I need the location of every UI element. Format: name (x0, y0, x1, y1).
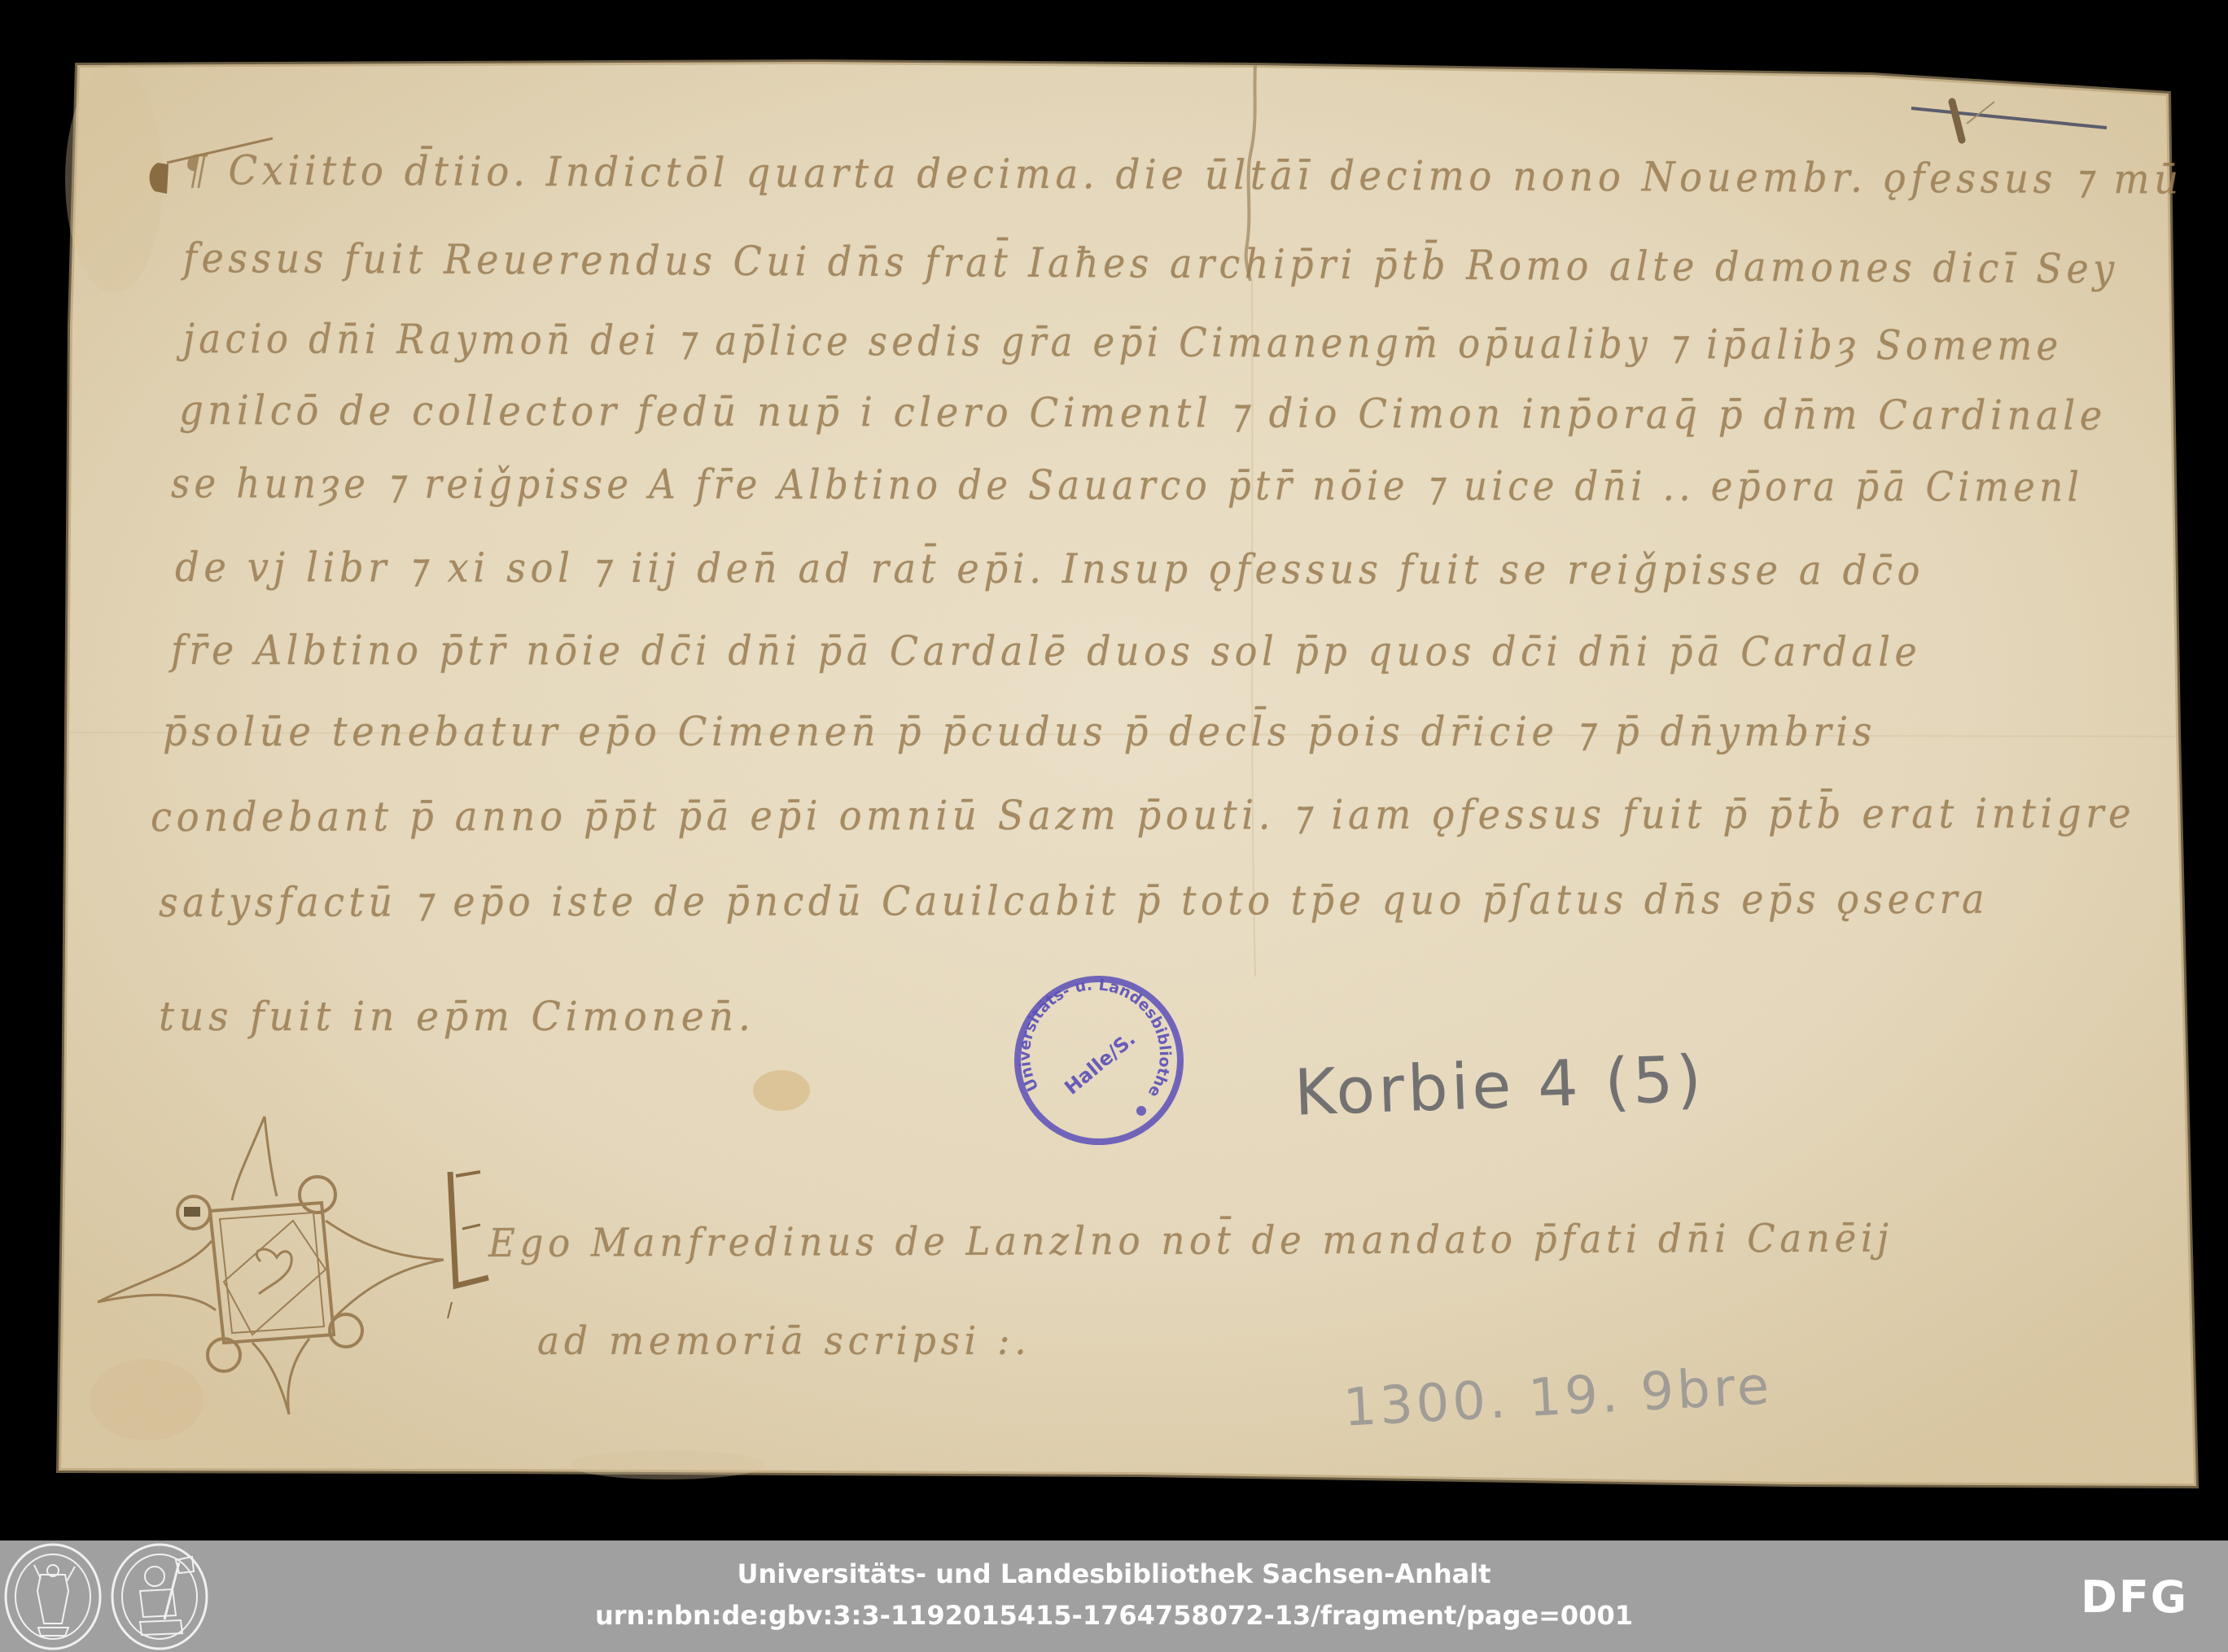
manuscript-line-10: satysfactū ⁊ ep̄o iste de p̄ncdū Cauilca… (159, 876, 1989, 926)
manuscript-line-9: condebant p̄ anno p̄p̄t p̄ā ep̄i omniū S… (151, 789, 2135, 841)
scan-viewport: ¶ Cxiitto d̄tiio. Indictōl quarta decima… (0, 0, 2228, 1541)
manuscript-line-6: de vj libr ⁊ xi sol ⁊ iij den̄ ad rat̄ e… (175, 544, 1924, 594)
manuscript-line-4: gnilcō de collector fedū nup̄ i clero Ci… (179, 387, 2107, 439)
manuscript-line-11: tus fuit in ep̄m Cimonen̄. (159, 993, 755, 1040)
dfg-logo-icon[interactable]: DFG (2081, 1575, 2211, 1615)
library-stamp: Universitäts- u. Landesbibliothek Halle/… (1009, 971, 1188, 1150)
dfg-logo-text: DFG (2081, 1575, 2188, 1615)
notarial-subscription-line-2: ad memoriā scripsi :. (537, 1318, 1031, 1364)
manuscript-line-5: se hunȝe ⁊ reiǧpisse A fr̄e Albtino de S… (171, 460, 2083, 511)
manuscript-line-8: p̄solūe tenebatur ep̄o Cimenen̄ p̄ p̄cud… (163, 708, 1876, 755)
institution-link[interactable]: Universitäts- und Landesbibliothek Sachs… (737, 1558, 1490, 1589)
stain (753, 1070, 810, 1111)
viewer-footer: Universitäts- und Landesbibliothek Sachs… (0, 1541, 2228, 1652)
manuscript-line-1: ¶ Cxiitto d̄tiio. Indictōl quarta decima… (183, 146, 2016, 203)
parchment-background (0, 0, 2228, 1541)
manuscript-line-7: fr̄e Albtino p̄tr̄ nōie dc̄i dn̄i p̄ā Ca… (171, 627, 1921, 675)
institution-name: Universitäts- und Landesbibliothek Sachs… (0, 1558, 2228, 1589)
urn-link[interactable]: urn:nbn:de:gbv:3:3-1192015415-1764758072… (595, 1600, 1633, 1631)
manuscript-line-3: jacio dn̄i Raymon̄ dei ⁊ ap̄lice sedis g… (183, 315, 2063, 369)
pencil-shelfmark: Korbie 4 (5) (1293, 1042, 1706, 1130)
notarial-subscription-line-1: Ego Manfredinus de Lanzlno not̄ de manda… (488, 1216, 1893, 1266)
stamp-inner-text: Halle/S. (1060, 1027, 1140, 1099)
urn-identifier: urn:nbn:de:gbv:3:3-1192015415-1764758072… (0, 1600, 2228, 1631)
